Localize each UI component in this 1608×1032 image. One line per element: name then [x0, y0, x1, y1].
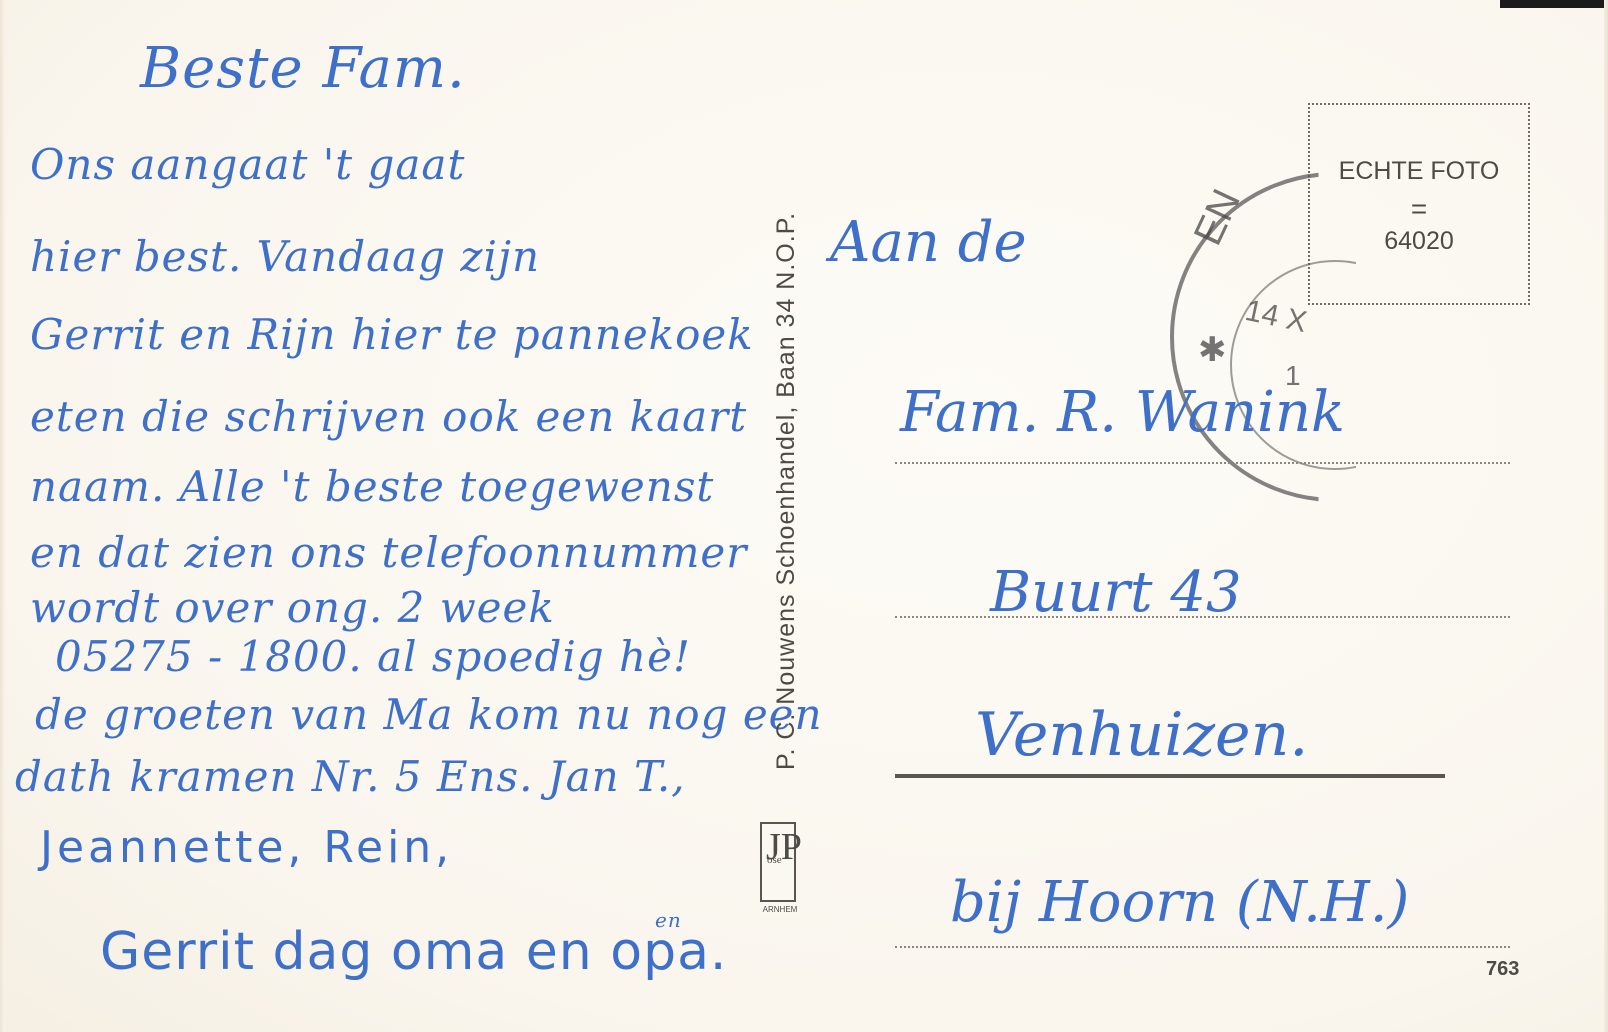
message-line-8: 05275 - 1800. al spoedig hè!	[55, 632, 691, 681]
address-line-3: Buurt 43	[990, 560, 1242, 625]
stamp-box-label: ECHTE FOTO	[1310, 157, 1528, 186]
card-deckled-left-edge	[0, 0, 5, 1032]
stamp-box-equals: =	[1310, 193, 1528, 225]
address-rule-4	[895, 946, 1510, 948]
postmark-star-icon: ✱	[1198, 330, 1227, 370]
publisher-imprint-vertical: P. C. Nouwens Schoenhandel, Baan 34 N.O.…	[772, 212, 801, 770]
message-line-7: wordt over ong. 2 week	[30, 583, 555, 632]
message-line-4: eten die schrijven ook een kaart	[30, 392, 747, 441]
publisher-logo-text: ose	[767, 854, 782, 866]
postcard-back: Beste Fam. Ons aangaat 't gaat hier best…	[0, 0, 1608, 1032]
message-line-12: Gerrit dag oma en opa.	[100, 922, 727, 982]
message-superscript-note: en	[655, 908, 682, 932]
message-line-1: Ons aangaat 't gaat	[30, 140, 465, 189]
address-rule-3	[895, 774, 1445, 778]
stamp-box-number: 64020	[1310, 227, 1528, 256]
address-rule-1	[895, 462, 1510, 464]
message-line-11: Jeannette, Rein,	[40, 822, 453, 873]
message-line-6: en dat zien ons telefoonnummer	[30, 528, 747, 577]
message-line-10: dath kramen Nr. 5 Ens. Jan T.,	[15, 752, 686, 801]
card-number: 763	[1486, 958, 1519, 981]
address-line-1: Aan de	[830, 210, 1027, 275]
card-right-edge	[1604, 0, 1608, 1032]
message-line-2: hier best. Vandaag zijn	[30, 232, 540, 281]
message-line-3: Gerrit en Rijn hier te pannekoek	[30, 310, 754, 359]
publisher-logo: JP ose ARNHEM	[760, 822, 796, 902]
message-line-5: naam. Alle 't beste toegewenst	[30, 462, 714, 511]
publisher-logo-city: ARNHEM	[761, 905, 799, 914]
message-line-9: de groeten van Ma kom nu nog een	[35, 690, 823, 739]
address-line-5: bij Hoorn (N.H.)	[950, 870, 1409, 935]
card-top-edge-shadow	[1500, 0, 1608, 8]
address-line-2: Fam. R. Wanink	[900, 380, 1345, 445]
address-line-4: Venhuizen.	[975, 700, 1308, 770]
message-greeting: Beste Fam.	[140, 36, 466, 101]
